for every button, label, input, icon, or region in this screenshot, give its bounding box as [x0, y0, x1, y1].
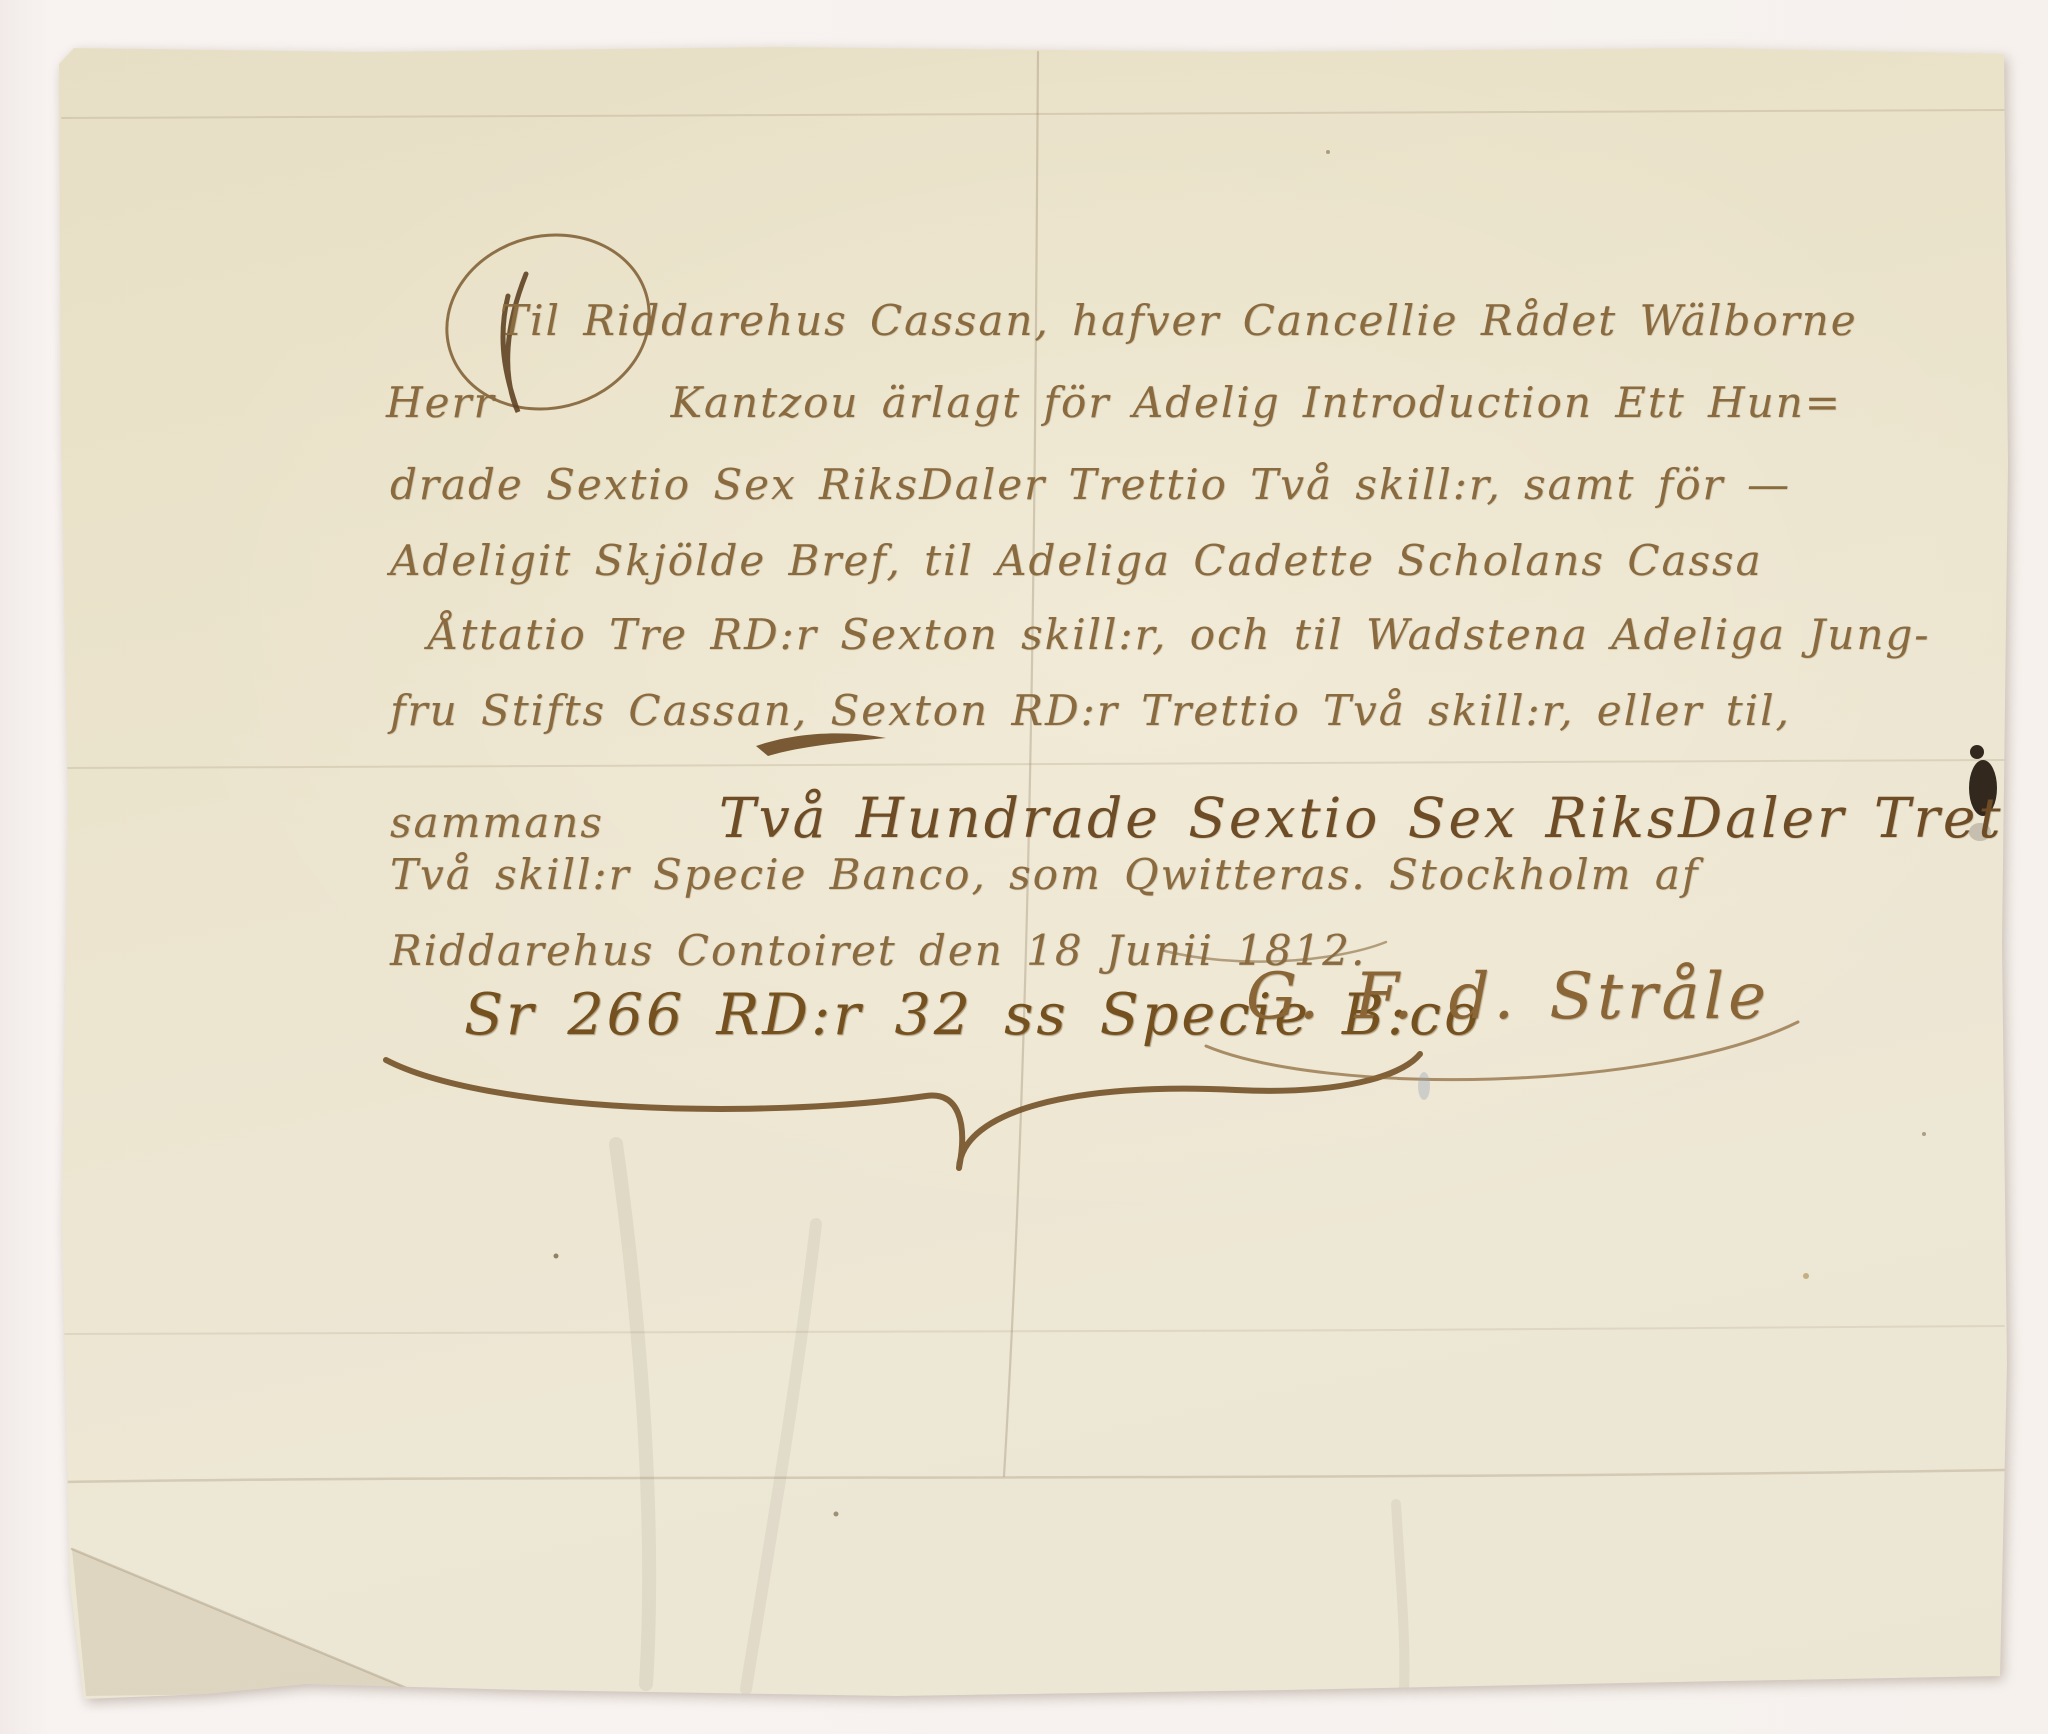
line-7-sum-words: Två Hundrade Sextio Sex RiksDaler Tretti… [719, 788, 2048, 849]
blank-space [496, 380, 671, 426]
signature: G. F. d. Stråle [1246, 962, 1770, 1032]
manuscript-line-4: Adeligit Skjölde Bref, til Adeliga Cadet… [390, 538, 1763, 584]
manuscript-line-7: sammansTvå Hundrade Sextio Sex RiksDaler… [390, 788, 2048, 849]
line-7-prefix: sammans [390, 800, 604, 846]
amount-underline-flourish [386, 1054, 1420, 1168]
manuscript-line-1: Til Riddarehus Cassan, hafver Cancellie … [500, 298, 1858, 344]
scanned-document: Til Riddarehus Cassan, hafver Cancellie … [0, 0, 2048, 1734]
line-2-text: Kantzou ärlagt för Adelig Introduction E… [671, 380, 1842, 426]
manuscript-line-6: fru Stifts Cassan, Sexton RD:r Trettio T… [390, 688, 1791, 734]
manuscript-line-3: drade Sextio Sex RiksDaler Trettio Två s… [390, 462, 1791, 508]
bold-crossbar-stroke [756, 733, 886, 756]
manuscript-line-8: Två skill:r Specie Banco, som Qwitteras.… [390, 852, 1699, 898]
manuscript-line-2: HerrKantzou ärlagt för Adelig Introducti… [386, 380, 1842, 426]
manuscript-line-9: Riddarehus Contoiret den 18 Junii 1812. [390, 928, 1366, 974]
line-2-salutation: Herr [386, 380, 496, 426]
paper-sheet: Til Riddarehus Cassan, hafver Cancellie … [56, 44, 2010, 1699]
manuscript-line-5: Åttatio Tre RD:r Sexton skill:r, och til… [428, 612, 1930, 658]
